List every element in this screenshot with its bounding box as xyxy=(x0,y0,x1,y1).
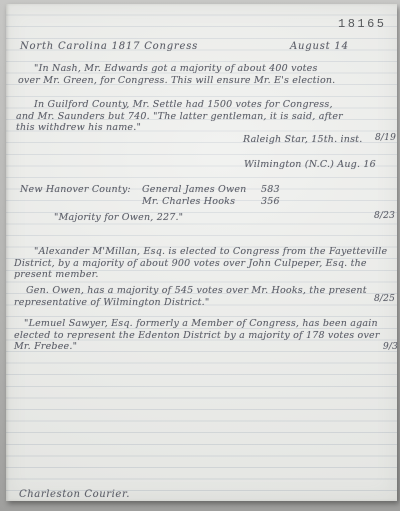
source-attribution-wilmington: Wilmington (N.C.) Aug. 16 xyxy=(244,159,376,170)
paragraph-nash: "In Nash, Mr. Edwards got a majority of … xyxy=(18,63,335,86)
text-line: "Lemuel Sawyer, Esq. formerly a Member o… xyxy=(14,318,380,330)
margin-date: 9/3 xyxy=(383,342,398,352)
archive-stamp-number: 18165 xyxy=(338,17,387,31)
text-line: In Guilford County, Mr. Settle had 1500 … xyxy=(16,99,343,111)
majority-note: "Majority for Owen, 227." xyxy=(54,212,183,223)
text-line: Mr. Frebee." xyxy=(14,341,380,353)
margin-date: 8/25 xyxy=(374,294,395,304)
document-title: North Carolina 1817 Congress xyxy=(20,41,198,52)
paragraph-sawyer: "Lemuel Sawyer, Esq. formerly a Member o… xyxy=(14,318,380,353)
vote-table-votes: 356 xyxy=(261,196,280,207)
vote-table-votes: 583 xyxy=(261,184,280,195)
margin-date: 8/23 xyxy=(374,211,395,221)
vote-table-candidate: General James Owen xyxy=(142,184,246,195)
text-line: present member. xyxy=(14,269,387,281)
paragraph-guilford: In Guilford County, Mr. Settle had 1500 … xyxy=(16,99,343,134)
text-line: elected to represent the Edenton Distric… xyxy=(14,330,380,342)
text-line: over Mr. Green, for Congress. This will … xyxy=(18,75,335,87)
text-line: Gen. Owen, has a majority of 545 votes o… xyxy=(14,285,367,297)
paragraph-mcmillan: "Alexander M'Millan, Esq. is elected to … xyxy=(14,246,387,281)
paragraph-owen: Gen. Owen, has a majority of 545 votes o… xyxy=(14,285,367,308)
text-line: and Mr. Saunders but 740. "The latter ge… xyxy=(16,111,343,123)
source-attribution-raleigh-star: Raleigh Star, 15th. inst. xyxy=(243,134,362,145)
footer-source-charleston-courier: Charleston Courier. xyxy=(19,489,130,500)
vote-table-county-label: New Hanover County: xyxy=(20,184,131,195)
text-line: "Alexander M'Millan, Esq. is elected to … xyxy=(14,246,387,258)
vote-table-candidate: Mr. Charles Hooks xyxy=(142,196,235,207)
text-line: representative of Wilmington District." xyxy=(14,297,367,309)
scan-background: 18165 North Carolina 1817 Congress Augus… xyxy=(0,0,400,511)
notebook-paper-sheet: 18165 North Carolina 1817 Congress Augus… xyxy=(6,4,397,501)
text-line: "In Nash, Mr. Edwards got a majority of … xyxy=(18,63,335,75)
margin-date: 8/19 xyxy=(375,133,396,143)
text-line: District, by a majority of about 900 vot… xyxy=(14,258,387,270)
document-header-date: August 14 xyxy=(290,41,349,52)
text-line: this withdrew his name." xyxy=(16,122,343,134)
